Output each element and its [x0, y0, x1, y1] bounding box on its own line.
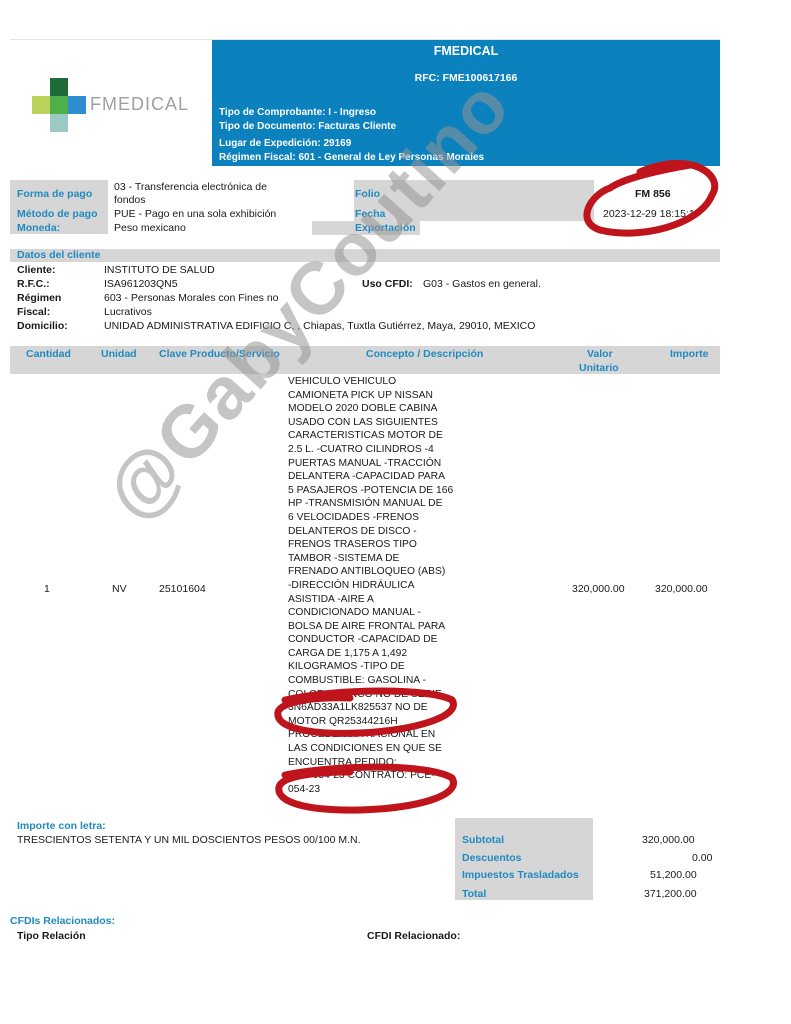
description-line: COLOR: BLANCO NO DE SERIE — [288, 688, 453, 702]
description-line: FRENOS TRASEROS TIPO — [288, 538, 453, 552]
uso-cfdi-value: G03 - Gastos en general. — [423, 278, 541, 290]
client-section-title: Datos del cliente — [17, 249, 100, 261]
row-unidad: NV — [112, 583, 127, 595]
cliente-label: Cliente: — [17, 264, 56, 276]
description-line: DELANTERA -CAPACIDAD PARA — [288, 470, 453, 484]
description-line: -DIRECCIÓN HIDRÁULICA — [288, 579, 453, 593]
row-importe: 320,000.00 — [655, 583, 708, 595]
rfc-value: ISA961203QN5 — [104, 278, 178, 290]
description-line: TAMBOR -SISTEMA DE — [288, 552, 453, 566]
fecha-value: 2023-12-29 18:15:1 — [603, 208, 695, 220]
tipo-relacion-label: Tipo Relación — [17, 930, 86, 942]
regimen-value-2: Lucrativos — [104, 306, 152, 318]
subtotal-value: 320,000.00 — [642, 834, 695, 846]
uso-cfdi-label: Uso CFDI: — [362, 278, 413, 290]
forma-pago-value-2: fondos — [114, 194, 146, 206]
moneda-value: Peso mexicano — [114, 222, 186, 234]
subtotal-label: Subtotal — [462, 834, 504, 846]
forma-pago-label: Forma de pago — [17, 188, 92, 200]
description-line: PCE-054-23 CONTRATO: PCE- — [288, 769, 453, 783]
logo-text: FMEDICAL — [90, 94, 189, 115]
col-concepto: Concepto / Descripción — [366, 348, 483, 360]
description-line: VEHICULO VEHICULO — [288, 375, 453, 389]
col-unidad: Unidad — [101, 348, 137, 360]
regimen-label: Régimen — [17, 292, 61, 304]
description-line: CONDICIONADO MANUAL - — [288, 606, 453, 620]
cfdis-relacionados-title: CFDIs Relacionados: — [10, 915, 115, 927]
description-line: KILOGRAMOS -TIPO DE — [288, 660, 453, 674]
cliente-value: INSTITUTO DE SALUD — [104, 264, 215, 276]
row-cantidad: 1 — [44, 583, 50, 595]
description-line: 5 PASAJEROS -POTENCIA DE 166 — [288, 484, 453, 498]
row-clave: 25101604 — [159, 583, 206, 595]
company-logo: FMEDICAL — [30, 78, 200, 138]
row-valor-unitario: 320,000.00 — [572, 583, 625, 595]
description-line: LAS CONDICIONES EN QUE SE — [288, 742, 453, 756]
folio-label-bg — [354, 180, 594, 221]
domicilio-value: UNIDAD ADMINISTRATIVA EDIFICIO C, , Chia… — [104, 320, 535, 332]
rfc-label: R.F.C.: — [17, 278, 50, 290]
description-line: CONDUCTOR -CAPACIDAD DE — [288, 633, 453, 647]
importe-letra-label: Importe con letra: — [17, 820, 106, 832]
folio-value: FM 856 — [635, 188, 671, 200]
regimen-label-2: Fiscal: — [17, 306, 50, 318]
description-line: 2.5 L. -CUATRO CILINDROS -4 — [288, 443, 453, 457]
description-line: ENCUENTRA PEDIDO: — [288, 756, 453, 770]
description-line: PUERTAS MANUAL -TRACCIÓN — [288, 457, 453, 471]
importe-letra-value: TRESCIENTOS SETENTA Y UN MIL DOSCIENTOS … — [17, 834, 361, 846]
cfdi-relacionado-label: CFDI Relacionado: — [367, 930, 460, 942]
description-line: HP -TRANSMISIÓN MANUAL DE — [288, 497, 453, 511]
description-line: CARGA DE 1,175 A 1,492 — [288, 647, 453, 661]
moneda-label: Moneda: — [17, 222, 60, 234]
descuentos-label: Descuentos — [462, 852, 522, 864]
company-name: FMEDICAL — [212, 44, 720, 58]
total-value: 371,200.00 — [644, 888, 697, 900]
col-valor-2: Unitario — [579, 362, 619, 374]
metodo-pago-value: PUE - Pago en una sola exhibición — [114, 208, 276, 220]
description-line: ASISTIDA -AIRE A — [288, 593, 453, 607]
tipo-comprobante: Tipo de Comprobante: I - Ingreso — [219, 107, 376, 118]
col-cantidad: Cantidad — [26, 348, 71, 360]
fecha-label: Fecha — [355, 208, 385, 220]
description-line: DELANTEROS DE DISCO - — [288, 525, 453, 539]
description-line: CAMIONETA PICK UP NISSAN — [288, 389, 453, 403]
col-importe: Importe — [670, 348, 709, 360]
impuestos-value: 51,200.00 — [650, 869, 697, 881]
description-line: CARACTERISTICAS MOTOR DE — [288, 429, 453, 443]
description-line: 3N6AD33A1LK825537 NO DE — [288, 701, 453, 715]
col-clave: Clave Producto/Servicio — [159, 348, 280, 360]
description-line: PROCEDENCIA NACIONAL EN — [288, 728, 453, 742]
description-line: 054-23 — [288, 783, 453, 797]
domicilio-label: Domicilio: — [17, 320, 68, 332]
description-line: USADO CON LAS SIGUIENTES — [288, 416, 453, 430]
description-line: FRENADO ANTIBLOQUEO (ABS) — [288, 565, 453, 579]
description-line: COMBUSTIBLE: GASOLINA - — [288, 674, 453, 688]
description-line: MODELO 2020 DOBLE CABINA — [288, 402, 453, 416]
impuestos-label: Impuestos Trasladados — [462, 869, 579, 881]
col-valor: Valor — [587, 348, 613, 360]
regimen-fiscal: Régimen Fiscal: 601 - General de Ley Per… — [219, 152, 484, 163]
description-line: MOTOR QR25344216H — [288, 715, 453, 729]
exportacion-label: Exportación — [355, 222, 416, 234]
total-label: Total — [462, 888, 486, 900]
descuentos-value: 0.00 — [692, 852, 712, 864]
folio-label: Folio — [355, 188, 380, 200]
regimen-value: 603 - Personas Morales con Fines no — [104, 292, 279, 304]
client-section-bar — [10, 249, 720, 262]
lugar-expedicion: Lugar de Expedición: 29169 — [219, 138, 351, 149]
description-line: BOLSA DE AIRE FRONTAL PARA — [288, 620, 453, 634]
forma-pago-value: 03 - Transferencia electrónica de — [114, 181, 267, 193]
tipo-documento: Tipo de Documento: Facturas Cliente — [219, 121, 396, 132]
issuer-header: FMEDICAL RFC: FME100617166 Tipo de Compr… — [212, 40, 720, 166]
company-rfc: RFC: FME100617166 — [212, 72, 720, 84]
row-description: VEHICULO VEHICULOCAMIONETA PICK UP NISSA… — [288, 375, 453, 796]
description-line: 6 VELOCIDADES -FRENOS — [288, 511, 453, 525]
metodo-pago-label: Método de pago — [17, 208, 98, 220]
